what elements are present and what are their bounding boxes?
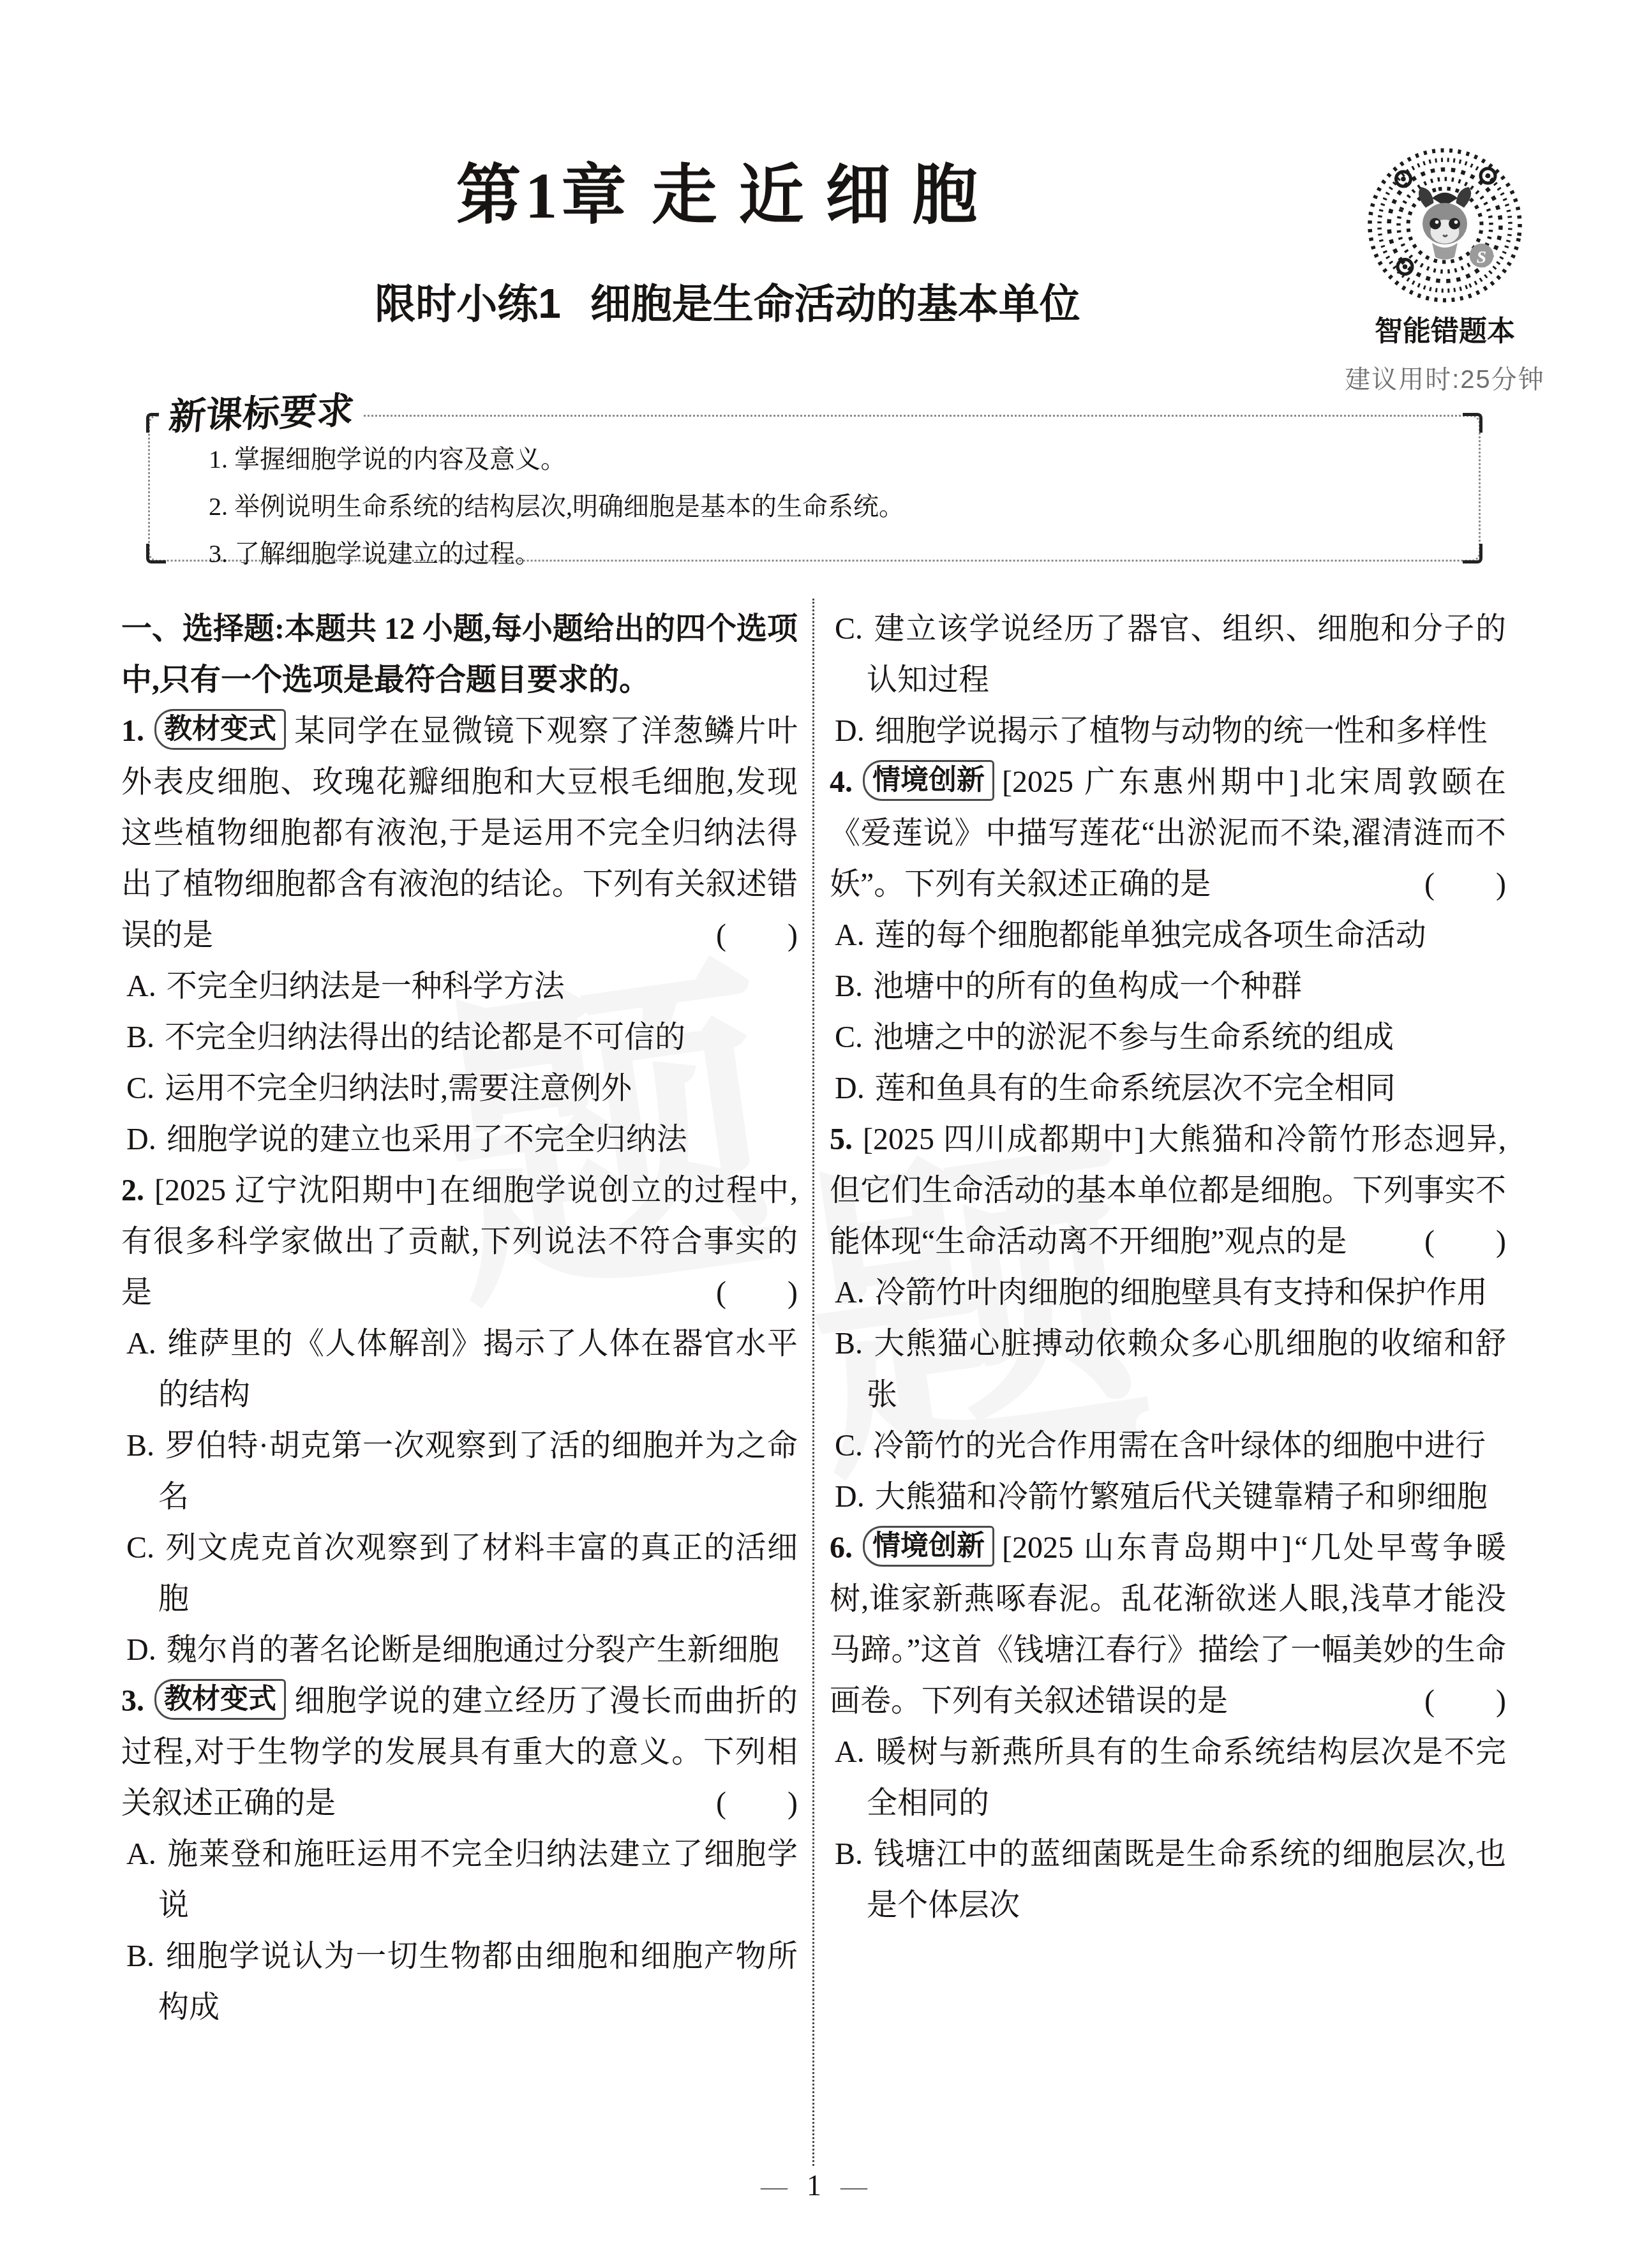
option-c: C.建立该学说经历了器官、组织、细胞和分子的认知过程 <box>830 604 1506 706</box>
question-number: 1. <box>121 714 144 748</box>
option-d: D.大熊猫和冷箭竹繁殖后代关键靠精子和卵细胞 <box>830 1472 1506 1523</box>
option-a: A.施莱登和施旺运用不完全归纳法建立了细胞学说 <box>121 1829 798 1931</box>
question-number: 6. <box>830 1531 853 1565</box>
miniprogram-badge-icon: S <box>1470 244 1494 268</box>
requirement-item: 2. 举例说明生命系统的结构层次,明确细胞是基本的生命系统。 <box>209 483 1447 530</box>
option-c: C.运用不完全归纳法时,需要注意例外 <box>121 1063 798 1114</box>
question-number: 3. <box>121 1684 144 1718</box>
box-corner <box>1463 413 1482 433</box>
option-d: D.魏尔肖的著名论断是细胞通过分裂产生新细胞 <box>121 1625 798 1676</box>
question-number: 2. <box>121 1174 144 1207</box>
question-4: 4.情境创新[2025 广东惠州期中]北宋周敦颐在《爱莲说》中描写莲花“出淤泥而… <box>830 757 1506 1114</box>
left-column: 一、选择题:本题共 12 小题,每小题给出的四个选项中,只有一个选项是最符合题目… <box>121 604 798 2033</box>
suggested-time: 建议用时:25分钟 <box>1333 359 1557 396</box>
option-b: B.罗伯特·胡克第一次观察到了活的细胞并为之命名 <box>121 1421 798 1523</box>
drill-number: 限时小练1 <box>375 281 561 327</box>
option-a: A.冷箭竹叶肉细胞的细胞壁具有支持和保护作用 <box>830 1267 1506 1318</box>
question-source: [2025 辽宁沈阳期中] <box>154 1174 436 1207</box>
option-c: C.池塘之中的淤泥不参与生命系统的组成 <box>830 1012 1506 1063</box>
requirements-label: 新课标要求 <box>156 380 366 441</box>
answer-paren: ( ) <box>1424 859 1506 910</box>
question-number: 4. <box>830 765 853 799</box>
question-source: [2025 山东青岛期中] <box>1002 1531 1292 1565</box>
qr-block: S 智能错题本 建议用时:25分钟 <box>1333 145 1557 396</box>
page-footer: —1— <box>0 2168 1628 2202</box>
option-a: A.不完全归纳法是一种科学方法 <box>121 961 798 1012</box>
question-5: 5.[2025 四川成都期中]大熊猫和冷箭竹形态迥异,但它们生命活动的基本单位都… <box>830 1114 1506 1523</box>
option-b: B.不完全归纳法得出的结论都是不可信的 <box>121 1012 798 1063</box>
question-tag: 教材变式 <box>154 709 286 750</box>
question-source: [2025 广东惠州期中] <box>1002 765 1299 799</box>
option-c: C.冷箭竹的光合作用需在含叶绿体的细胞中进行 <box>830 1421 1506 1472</box>
answer-paren: ( ) <box>716 910 798 961</box>
box-corner <box>146 544 166 563</box>
option-d: D.莲和鱼具有的生命系统层次不完全相同 <box>830 1063 1506 1114</box>
option-a: A.莲的每个细胞都能单独完成各项生命活动 <box>830 910 1506 961</box>
answer-paren: ( ) <box>716 1778 798 1829</box>
option-b: B.大熊猫心脏搏动依赖众多心肌细胞的收缩和舒张 <box>830 1318 1506 1421</box>
right-column: C.建立该学说经历了器官、组织、细胞和分子的认知过程 D.细胞学说揭示了植物与动… <box>830 604 1506 1931</box>
question-tag: 教材变式 <box>154 1679 286 1720</box>
answer-paren: ( ) <box>1424 1216 1506 1267</box>
option-d: D.细胞学说揭示了植物与动物的统一性和多样性 <box>830 706 1506 757</box>
question-3: 3.教材变式细胞学说的建立经历了漫长而曲折的过程,对于生物学的发展具有重大的意义… <box>121 1676 798 2033</box>
question-tag: 情境创新 <box>863 760 994 801</box>
option-c: C.列文虎克首次观察到了材料丰富的真正的活细胞 <box>121 1523 798 1625</box>
option-b: B.细胞学说认为一切生物都由细胞和细胞产物所构成 <box>121 1931 798 2033</box>
chapter-title: 第1章走近细胞 <box>121 144 1334 237</box>
question-source: [2025 四川成都期中] <box>863 1123 1144 1156</box>
option-a: A.维萨里的《人体解剖》揭示了人体在器官水平的结构 <box>121 1318 798 1421</box>
page-number: 1 <box>807 2169 821 2202</box>
drill-title: 细胞是生命活动的基本单位 <box>590 281 1080 327</box>
question-number: 5. <box>830 1123 853 1156</box>
question-3-continued: C.建立该学说经历了器官、组织、细胞和分子的认知过程 D.细胞学说揭示了植物与动… <box>830 604 1506 757</box>
qr-caption: 智能错题本 <box>1333 308 1557 349</box>
option-d: D.细胞学说的建立也采用了不完全归纳法 <box>121 1114 798 1165</box>
option-b: B.池塘中的所有的鱼构成一个种群 <box>830 961 1506 1012</box>
requirement-item: 3. 了解细胞学说建立的过程。 <box>209 530 1447 578</box>
question-6: 6.情境创新[2025 山东青岛期中]“几处早莺争暖树,谁家新燕啄春泥。乱花渐欲… <box>830 1523 1506 1931</box>
question-2: 2.[2025 辽宁沈阳期中]在细胞学说创立的过程中,有很多科学家做出了贡献,下… <box>121 1165 798 1676</box>
chapter-number: 第1章 <box>456 160 631 232</box>
curriculum-requirements-box: 新课标要求 1. 掌握细胞学说的内容及意义。 2. 举例说明生命系统的结构层次,… <box>148 415 1481 562</box>
answer-paren: ( ) <box>716 1267 798 1318</box>
workbook-page: 题 题 第1章走近细胞 限时小练1细胞是生命活动的基本单位 <box>0 0 1628 2268</box>
question-1: 1.教材变式某同学在显微镜下观察了洋葱鳞片叶外表皮细胞、玫瑰花瓣细胞和大豆根毛细… <box>121 706 798 1165</box>
question-tag: 情境创新 <box>863 1526 994 1567</box>
footer-dash: — <box>840 2172 867 2202</box>
qr-code-icon: S <box>1365 145 1525 305</box>
answer-paren: ( ) <box>1424 1676 1506 1727</box>
page-title: 限时小练1细胞是生命活动的基本单位 <box>121 271 1334 330</box>
column-divider <box>812 599 814 2166</box>
chapter-name: 走近细胞 <box>652 160 999 232</box>
deer-mascot-icon <box>1419 187 1471 260</box>
box-corner <box>1463 544 1482 563</box>
footer-dash: — <box>761 2172 788 2202</box>
requirement-item: 1. 掌握细胞学说的内容及意义。 <box>209 436 1447 483</box>
option-b: B.钱塘江中的蓝细菌既是生命系统的细胞层次,也是个体层次 <box>830 1829 1506 1931</box>
option-a: A.暖树与新燕所具有的生命系统结构层次是不完全相同的 <box>830 1727 1506 1829</box>
svg-text:S: S <box>1477 247 1486 267</box>
section-intro: 一、选择题:本题共 12 小题,每小题给出的四个选项中,只有一个选项是最符合题目… <box>121 604 798 706</box>
